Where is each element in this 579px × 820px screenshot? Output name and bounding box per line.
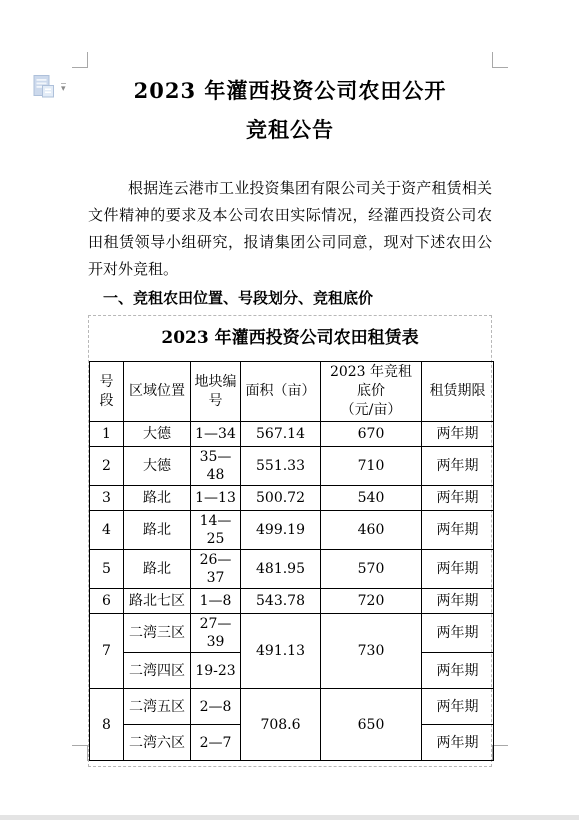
document-title: 2023 年灌西投资公司农田公开 竞租公告 (88, 68, 492, 149)
table-row: 3 路北 1—13 500.72 540 两年期 (90, 486, 494, 511)
cell-plot: 1—8 (191, 589, 241, 614)
cell-price: 460 (321, 511, 422, 550)
rental-table: 号段 区域位置 地块编号 面积（亩） 2023 年竞租底价 （元/亩） 租赁期限… (89, 361, 494, 761)
header-row: 号段 区域位置 地块编号 面积（亩） 2023 年竞租底价 （元/亩） 租赁期限 (90, 362, 494, 422)
table-row: 5 路北 26—37 481.95 570 两年期 (90, 550, 494, 589)
cell-term: 两年期 (422, 653, 494, 689)
cell-area: 567.14 (241, 422, 321, 447)
crop-mark-bottom-left (72, 745, 88, 761)
cell-segment: 8 (90, 689, 124, 761)
paste-options-icon (33, 74, 56, 103)
cell-price: 720 (321, 589, 422, 614)
cell-location: 二湾五区 (124, 689, 191, 725)
header-cell-plot: 地块编号 (191, 362, 241, 422)
cell-area: 499.19 (241, 511, 321, 550)
document-title-line2: 竞租公告 (88, 110, 492, 149)
cell-price: 570 (321, 550, 422, 589)
crop-mark-top-right (492, 52, 508, 68)
cell-term: 两年期 (422, 511, 494, 550)
cell-segment: 1 (90, 422, 124, 447)
paste-options-button[interactable]: ▾ (33, 74, 79, 102)
header-cell-area: 面积（亩） (241, 362, 321, 422)
cell-segment: 4 (90, 511, 124, 550)
cell-plot: 35—48 (191, 447, 241, 486)
document-title-line1: 2023 年灌西投资公司农田公开 (88, 71, 492, 110)
cell-term: 两年期 (422, 725, 494, 761)
cell-price: 540 (321, 486, 422, 511)
table-row: 2 大德 35—48 551.33 710 两年期 (90, 447, 494, 486)
cell-plot: 1—13 (191, 486, 241, 511)
cell-plot: 27—39 (191, 614, 241, 653)
cell-term: 两年期 (422, 550, 494, 589)
header-cell-segment: 号段 (90, 362, 124, 422)
cell-location: 大德 (124, 447, 191, 486)
cell-plot: 14—25 (191, 511, 241, 550)
cell-plot: 2—7 (191, 725, 241, 761)
cell-area: 500.72 (241, 486, 321, 511)
document-page: ▾ 2023 年灌西投资公司农田公开 竞租公告 根据连云港市工业投资集团有限公司… (0, 0, 579, 815)
cell-location: 路北 (124, 511, 191, 550)
cell-term: 两年期 (422, 447, 494, 486)
crop-mark-top-left (72, 52, 88, 68)
cell-area: 708.6 (241, 689, 321, 761)
cell-plot: 26—37 (191, 550, 241, 589)
cell-location: 二湾四区 (124, 653, 191, 689)
table-row: 8 二湾五区 2—8 708.6 650 两年期 (90, 689, 494, 725)
crop-mark-bottom-right (492, 745, 508, 761)
cell-term: 两年期 (422, 422, 494, 447)
cell-plot: 1—34 (191, 422, 241, 447)
header-cell-term: 租赁期限 (422, 362, 494, 422)
table-row: 4 路北 14—25 499.19 460 两年期 (90, 511, 494, 550)
cell-area: 543.78 (241, 589, 321, 614)
cell-term: 两年期 (422, 486, 494, 511)
cell-plot: 2—8 (191, 689, 241, 725)
cell-price: 710 (321, 447, 422, 486)
header-cell-price: 2023 年竞租底价 （元/亩） (321, 362, 422, 422)
document-body: 2023 年灌西投资公司农田公开 竞租公告 根据连云港市工业投资集团有限公司关于… (88, 68, 492, 767)
cell-segment: 2 (90, 447, 124, 486)
cell-location: 二湾三区 (124, 614, 191, 653)
cell-price: 650 (321, 689, 422, 761)
table-row: 1 大德 1—34 567.14 670 两年期 (90, 422, 494, 447)
cell-plot: 19-23 (191, 653, 241, 689)
header-cell-location: 区域位置 (124, 362, 191, 422)
cell-segment: 6 (90, 589, 124, 614)
cell-location: 路北七区 (124, 589, 191, 614)
cell-segment: 3 (90, 486, 124, 511)
cell-term: 两年期 (422, 614, 494, 653)
rental-table-block: 2023 年灌西投资公司农田租赁表 号段 区域位置 地块编号 面积（亩） 202… (88, 315, 492, 767)
cell-area: 551.33 (241, 447, 321, 486)
cell-price: 670 (321, 422, 422, 447)
rental-table-title: 2023 年灌西投资公司农田租赁表 (89, 316, 491, 361)
cell-location: 大德 (124, 422, 191, 447)
cell-segment: 5 (90, 550, 124, 589)
intro-paragraph: 根据连云港市工业投资集团有限公司关于资产租赁相关文件精神的要求及本公司农田实际情… (88, 175, 492, 283)
cell-location: 路北 (124, 486, 191, 511)
section-heading: 一、竞租农田位置、号段划分、竞租底价 (88, 287, 492, 309)
table-row: 7 二湾三区 27—39 491.13 730 两年期 (90, 614, 494, 653)
cell-price: 730 (321, 614, 422, 689)
cell-area: 491.13 (241, 614, 321, 689)
table-row: 6 路北七区 1—8 543.78 720 两年期 (90, 589, 494, 614)
header-cell-price-line1: 2023 年竞租底价 (324, 363, 418, 401)
cell-area: 481.95 (241, 550, 321, 589)
cell-term: 两年期 (422, 589, 494, 614)
cell-segment: 7 (90, 614, 124, 689)
cell-term: 两年期 (422, 689, 494, 725)
cell-location: 二湾六区 (124, 725, 191, 761)
cell-location: 路北 (124, 550, 191, 589)
header-cell-price-line2: （元/亩） (324, 401, 418, 420)
chevron-down-icon[interactable]: ▾ (61, 83, 66, 94)
